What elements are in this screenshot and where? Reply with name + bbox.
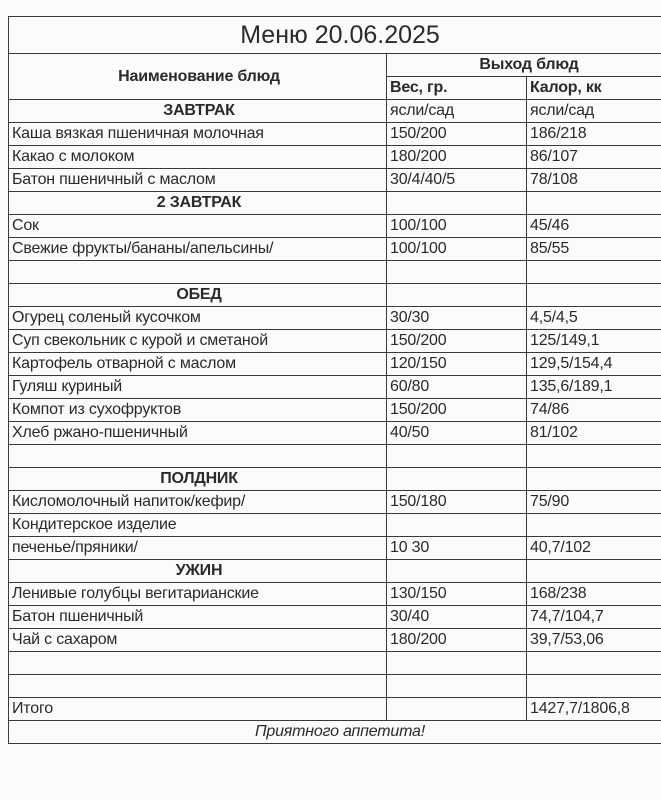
empty-cell: [9, 445, 387, 468]
empty-cell: [387, 652, 527, 675]
dish-name: Какао с молоком: [9, 146, 387, 169]
dish-row: Какао с молоком180/20086/107: [9, 146, 661, 169]
blank-row: [9, 261, 661, 284]
dish-calories: 45/46: [527, 215, 661, 238]
dish-weight: 180/200: [387, 146, 527, 169]
dish-weight: [387, 514, 527, 537]
menu-table: Меню 20.06.2025 Наименование блюд Выход …: [8, 16, 661, 744]
dish-calories: 86/107: [527, 146, 661, 169]
section-weight-note: ясли/сад: [387, 100, 527, 123]
dish-weight: 150/200: [387, 330, 527, 353]
dish-row: Суп свекольник с курой и сметаной150/200…: [9, 330, 661, 353]
section-title: ЗАВТРАК: [9, 100, 387, 123]
header-row-1: Наименование блюд Выход блюд: [9, 54, 661, 77]
total-label: Итого: [9, 698, 387, 721]
empty-cell: [387, 675, 527, 698]
menu-sheet: Меню 20.06.2025 Наименование блюд Выход …: [8, 16, 661, 744]
dish-calories: 125/149,1: [527, 330, 661, 353]
dish-weight: 60/80: [387, 376, 527, 399]
section-row: ОБЕД: [9, 284, 661, 307]
dish-calories: 40,7/102: [527, 537, 661, 560]
dish-row: Хлеб ржано-пшеничный40/5081/102: [9, 422, 661, 445]
dish-calories: 129,5/154,4: [527, 353, 661, 376]
empty-cell: [9, 652, 387, 675]
dish-name: Гуляш куриный: [9, 376, 387, 399]
dish-weight: 10 30: [387, 537, 527, 560]
blank-row: [9, 675, 661, 698]
dish-name: Кисломолочный напиток/кефир/: [9, 491, 387, 514]
empty-cell: [9, 675, 387, 698]
dish-calories: [527, 514, 661, 537]
dish-name: Свежие фрукты/бананы/апельсины/: [9, 238, 387, 261]
dish-calories: 168/238: [527, 583, 661, 606]
dish-name: Каша вязкая пшеничная молочная: [9, 123, 387, 146]
dish-row: Картофель отварной с маслом120/150129,5/…: [9, 353, 661, 376]
dish-weight: 30/4/40/5: [387, 169, 527, 192]
section-title: 2 ЗАВТРАК: [9, 192, 387, 215]
section-weight-note: [387, 192, 527, 215]
empty-cell: [527, 652, 661, 675]
dish-row: печенье/пряники/10 3040,7/102: [9, 537, 661, 560]
section-calories-note: [527, 560, 661, 583]
empty-cell: [387, 261, 527, 284]
dish-weight: 30/30: [387, 307, 527, 330]
blank-row: [9, 652, 661, 675]
dish-row: Батон пшеничный с маслом30/4/40/578/108: [9, 169, 661, 192]
dish-calories: 74/86: [527, 399, 661, 422]
dish-name: Батон пшеничный с маслом: [9, 169, 387, 192]
section-calories-note: [527, 284, 661, 307]
menu-title: Меню 20.06.2025: [9, 17, 661, 54]
dish-name: Компот из сухофруктов: [9, 399, 387, 422]
dish-weight: 120/150: [387, 353, 527, 376]
dish-name: Батон пшеничный: [9, 606, 387, 629]
section-calories-note: ясли/сад: [527, 100, 661, 123]
total-calories: 1427,7/1806,8: [527, 698, 661, 721]
dish-row: Ленивые голубцы вегитарианские130/150168…: [9, 583, 661, 606]
total-weight: [387, 698, 527, 721]
dish-row: Огурец соленый кусочком30/304,5/4,5: [9, 307, 661, 330]
dish-name: Кондитерское изделие: [9, 514, 387, 537]
blank-row: [9, 445, 661, 468]
dish-calories: 78/108: [527, 169, 661, 192]
empty-cell: [527, 675, 661, 698]
dish-name: печенье/пряники/: [9, 537, 387, 560]
section-calories-note: [527, 468, 661, 491]
dish-weight: 150/200: [387, 399, 527, 422]
dish-weight: 150/180: [387, 491, 527, 514]
dish-name-header: Наименование блюд: [9, 54, 387, 100]
weight-header: Вес, гр.: [387, 77, 527, 100]
section-calories-note: [527, 192, 661, 215]
section-row: УЖИН: [9, 560, 661, 583]
section-row: ЗАВТРАКясли/садясли/сад: [9, 100, 661, 123]
dish-name: Огурец соленый кусочком: [9, 307, 387, 330]
dish-calories: 135,6/189,1: [527, 376, 661, 399]
dish-weight: 130/150: [387, 583, 527, 606]
dish-row: Батон пшеничный30/4074,7/104,7: [9, 606, 661, 629]
dish-name: Чай с сахаром: [9, 629, 387, 652]
dish-calories: 4,5/4,5: [527, 307, 661, 330]
dish-weight: 30/40: [387, 606, 527, 629]
empty-cell: [387, 445, 527, 468]
empty-cell: [9, 261, 387, 284]
title-row: Меню 20.06.2025: [9, 17, 661, 54]
dish-name: Картофель отварной с маслом: [9, 353, 387, 376]
dish-row: Компот из сухофруктов150/20074/86: [9, 399, 661, 422]
dish-weight: 180/200: [387, 629, 527, 652]
empty-cell: [527, 445, 661, 468]
empty-cell: [527, 261, 661, 284]
dish-name: Хлеб ржано-пшеничный: [9, 422, 387, 445]
dish-name: Ленивые голубцы вегитарианские: [9, 583, 387, 606]
section-title: УЖИН: [9, 560, 387, 583]
dish-calories: 85/55: [527, 238, 661, 261]
dish-row: Сок100/10045/46: [9, 215, 661, 238]
section-weight-note: [387, 560, 527, 583]
output-header: Выход блюд: [387, 54, 661, 77]
footer-row: Приятного аппетита!: [9, 721, 661, 744]
dish-calories: 74,7/104,7: [527, 606, 661, 629]
dish-name: Суп свекольник с курой и сметаной: [9, 330, 387, 353]
section-weight-note: [387, 284, 527, 307]
footer-message: Приятного аппетита!: [9, 721, 661, 744]
dish-calories: 39,7/53,06: [527, 629, 661, 652]
dish-calories: 186/218: [527, 123, 661, 146]
calories-header: Калор, кк: [527, 77, 661, 100]
dish-calories: 75/90: [527, 491, 661, 514]
section-row: 2 ЗАВТРАК: [9, 192, 661, 215]
dish-calories: 81/102: [527, 422, 661, 445]
section-title: ПОЛДНИК: [9, 468, 387, 491]
dish-weight: 100/100: [387, 238, 527, 261]
dish-weight: 40/50: [387, 422, 527, 445]
dish-row: Кондитерское изделие: [9, 514, 661, 537]
section-weight-note: [387, 468, 527, 491]
dish-row: Кисломолочный напиток/кефир/150/18075/90: [9, 491, 661, 514]
dish-weight: 100/100: [387, 215, 527, 238]
dish-row: Каша вязкая пшеничная молочная150/200186…: [9, 123, 661, 146]
dish-name: Сок: [9, 215, 387, 238]
section-title: ОБЕД: [9, 284, 387, 307]
section-row: ПОЛДНИК: [9, 468, 661, 491]
dish-row: Свежие фрукты/бананы/апельсины/100/10085…: [9, 238, 661, 261]
dish-row: Гуляш куриный60/80135,6/189,1: [9, 376, 661, 399]
dish-weight: 150/200: [387, 123, 527, 146]
total-row: Итого1427,7/1806,8: [9, 698, 661, 721]
dish-row: Чай с сахаром180/20039,7/53,06: [9, 629, 661, 652]
